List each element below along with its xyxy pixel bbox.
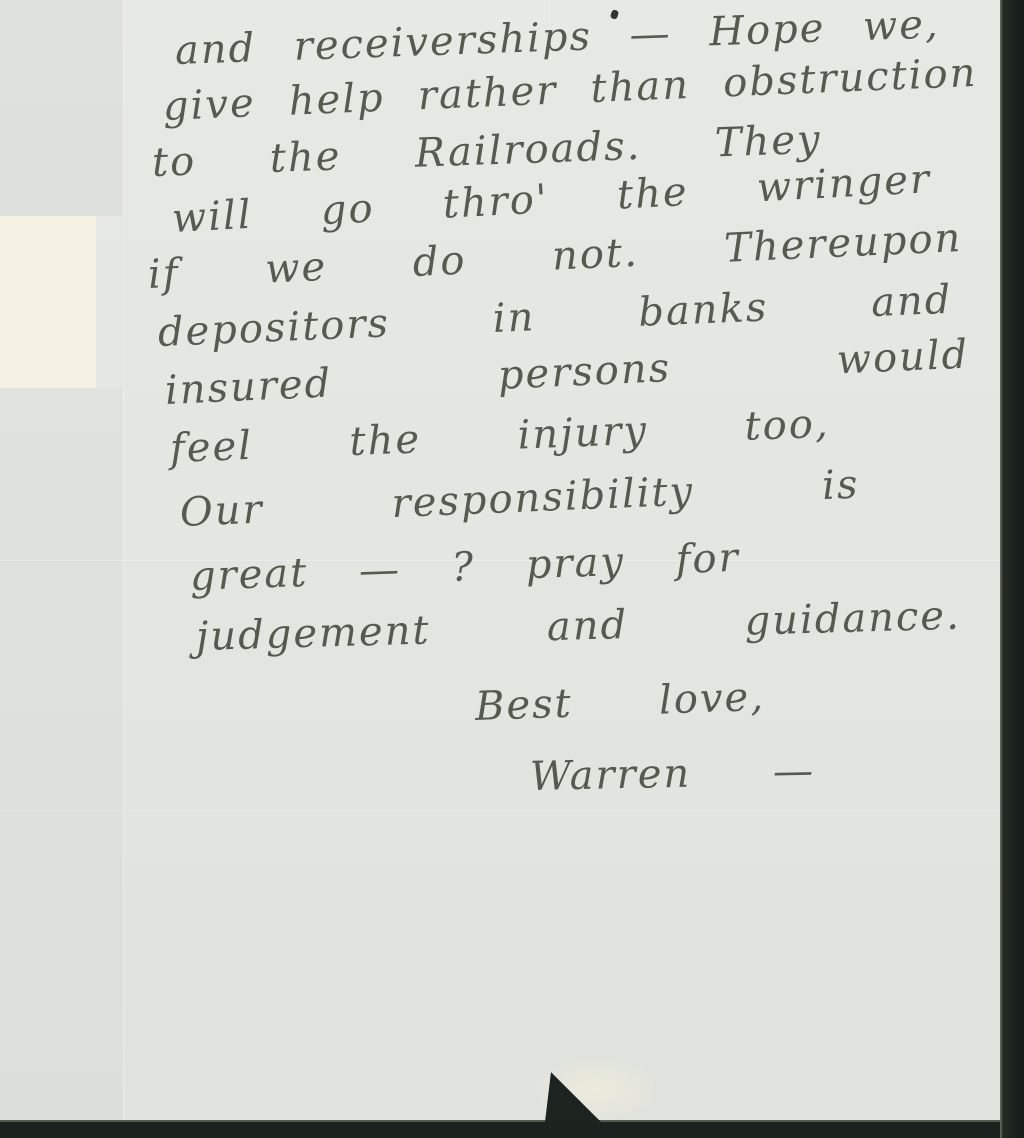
word: obstruction [722, 50, 978, 107]
scanner-backing-right [1000, 0, 1024, 1138]
word: Railroads. [414, 123, 642, 177]
word: thro' [442, 176, 550, 227]
word: Our [179, 487, 265, 536]
word: too, [744, 401, 831, 450]
word: Best [474, 681, 573, 730]
word: wringer [756, 156, 932, 211]
word: and [870, 277, 953, 326]
letter-page: andreceiverships—Hopewe, givehelprathert… [0, 0, 1000, 1120]
word: give [162, 80, 257, 130]
word: insured [164, 360, 333, 414]
word: and [546, 602, 628, 650]
word: the [269, 133, 342, 181]
handwriting-line-11: judgementandguidance. [195, 593, 961, 660]
word: we, [862, 1, 940, 50]
word: guidance. [744, 593, 961, 645]
word: pray [525, 539, 626, 588]
word: Warren [530, 751, 692, 800]
word: we [264, 244, 328, 293]
word: feel [169, 423, 254, 472]
word: help [288, 75, 386, 125]
word: not. [551, 230, 640, 280]
paper-discoloration-patch [0, 216, 96, 388]
word: do [412, 238, 468, 286]
word: will [171, 192, 254, 242]
word: They [714, 117, 822, 167]
word: — [772, 748, 815, 795]
scanner-backing-bottom [0, 1120, 1000, 1138]
word: the [349, 416, 422, 465]
word: great [189, 550, 309, 600]
word: love, [658, 674, 765, 724]
word: receiverships [293, 13, 593, 69]
word: the [616, 169, 690, 219]
word: ? [451, 544, 476, 591]
word: rather [417, 67, 558, 119]
word: go [320, 185, 376, 234]
word: than [590, 62, 691, 112]
word: judgement [195, 607, 431, 660]
word: would [836, 332, 970, 384]
word: depositors [157, 300, 391, 356]
word: injury [517, 408, 649, 459]
word: persons [497, 345, 672, 399]
paper-tonal-zone [0, 388, 122, 1120]
handwriting-line-9: Ourresponsibilityis [179, 462, 860, 536]
scanned-letter: andreceiverships—Hopewe, givehelprathert… [0, 0, 1024, 1138]
word: in [492, 294, 536, 342]
word: if [147, 251, 181, 298]
word: is [821, 462, 860, 510]
signature-line: Warren— [530, 748, 816, 800]
handwriting-line-10: great—?prayfor [189, 535, 740, 600]
word: Hope [708, 5, 826, 55]
word: — [358, 547, 402, 594]
tear-discoloration [525, 1055, 655, 1120]
paper-tonal-zone [0, 0, 122, 216]
fold-crease-horizontal-faint [0, 810, 1000, 812]
word: for [675, 535, 741, 583]
handwriting-line-8: feeltheinjurytoo, [169, 401, 830, 472]
word: Thereupon [723, 215, 963, 272]
word: to [151, 138, 197, 186]
word: responsibility [391, 468, 695, 527]
closing-line: Bestlove, [474, 674, 765, 730]
word: — [629, 11, 673, 58]
word: banks [637, 284, 769, 335]
word: and [174, 25, 257, 74]
